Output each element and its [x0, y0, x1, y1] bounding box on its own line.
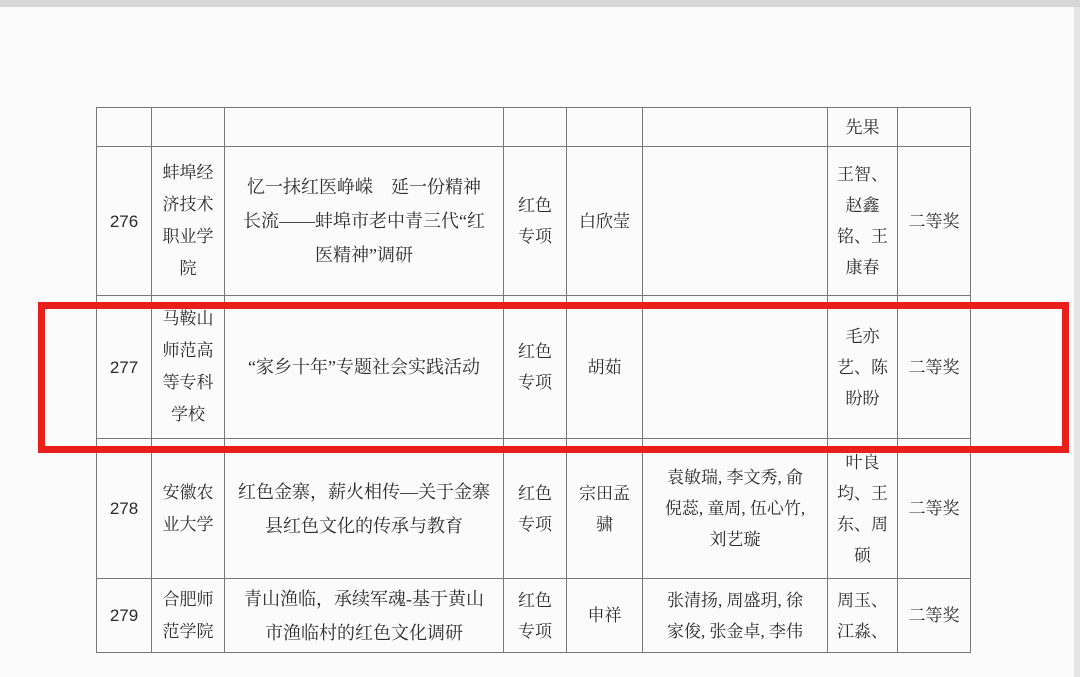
screenshot-top-edge-strip — [0, 0, 1080, 7]
cell-category — [504, 108, 567, 147]
cell-category: 红色 专项 — [504, 579, 567, 653]
cell-leader: 胡茹 — [567, 296, 643, 439]
cell-school: 合肥师 范学院 — [152, 579, 225, 653]
cell-project-title: 红色金寨，薪火相传—关于金寨 县红色文化的传承与教育 — [225, 439, 504, 579]
table-row-278: 278 安徽农 业大学 红色金寨，薪火相传—关于金寨 县红色文化的传承与教育 红… — [97, 439, 971, 579]
cell-leader: 宗田孟 骕 — [567, 439, 643, 579]
cell-school: 马鞍山 师范高 等专科 学校 — [152, 296, 225, 439]
cell-award-level: 二等奖 — [898, 147, 971, 296]
cell-school: 蚌埠经 济技术 职业学 院 — [152, 147, 225, 296]
table-row-279: 279 合肥师 范学院 青山渔临，承续军魂-基于黄山 市渔临村的红色文化调研 红… — [97, 579, 971, 653]
cell-project-title — [225, 108, 504, 147]
cell-serial-number: 276 — [97, 147, 152, 296]
cell-category: 红色 专项 — [504, 147, 567, 296]
cell-team-members: 袁敏瑞, 李文秀, 俞 倪蕊, 童周, 伍心竹, 刘艺璇 — [643, 439, 828, 579]
table-row-277-highlighted: 277 马鞍山 师范高 等专科 学校 “家乡十年”专题社会实践活动 红色 专项 … — [97, 296, 971, 439]
table-row-276: 276 蚌埠经 济技术 职业学 院 忆一抹红医峥嵘 延一份精神 长流——蚌埠市老… — [97, 147, 971, 296]
cell-school — [152, 108, 225, 147]
cell-project-title: 忆一抹红医峥嵘 延一份精神 长流——蚌埠市老中青三代“红 医精神”调研 — [225, 147, 504, 296]
table-row-partial: 先果 — [97, 108, 971, 147]
cell-team-members — [643, 296, 828, 439]
cell-category: 红色 专项 — [504, 296, 567, 439]
cell-team-members — [643, 108, 828, 147]
cell-award-level: 二等奖 — [898, 579, 971, 653]
cell-advisors: 毛亦 艺、陈 盼盼 — [828, 296, 898, 439]
cell-school: 安徽农 业大学 — [152, 439, 225, 579]
cell-advisors: 王智、 赵鑫 铭、王 康春 — [828, 147, 898, 296]
document-page: { "page": { "background_color": "#fbfbfb… — [0, 0, 1080, 677]
cell-leader: 白欣莹 — [567, 147, 643, 296]
cell-advisors: 先果 — [828, 108, 898, 147]
cell-team-members — [643, 147, 828, 296]
cell-serial-number: 277 — [97, 296, 152, 439]
cell-award-level: 二等奖 — [898, 296, 971, 439]
cell-project-title: 青山渔临，承续军魂-基于黄山 市渔临村的红色文化调研 — [225, 579, 504, 653]
cell-award-level — [898, 108, 971, 147]
cell-leader: 申祥 — [567, 579, 643, 653]
cell-award-level: 二等奖 — [898, 439, 971, 579]
cell-advisors: 叶良 均、王 东、周 硕 — [828, 439, 898, 579]
awards-table: 先果 276 蚌埠经 济技术 职业学 院 忆一抹红医峥嵘 延一份精神 长流——蚌… — [96, 107, 971, 653]
cell-category: 红色 专项 — [504, 439, 567, 579]
cell-serial-number: 278 — [97, 439, 152, 579]
cell-project-title: “家乡十年”专题社会实践活动 — [225, 296, 504, 439]
cell-team-members: 张清扬, 周盛玥, 徐 家俊, 张金卓, 李伟 — [643, 579, 828, 653]
screenshot-right-edge-strip — [1074, 7, 1080, 677]
cell-serial-number — [97, 108, 152, 147]
cell-leader — [567, 108, 643, 147]
cell-advisors: 周玉、 江淼、 — [828, 579, 898, 653]
cell-serial-number: 279 — [97, 579, 152, 653]
